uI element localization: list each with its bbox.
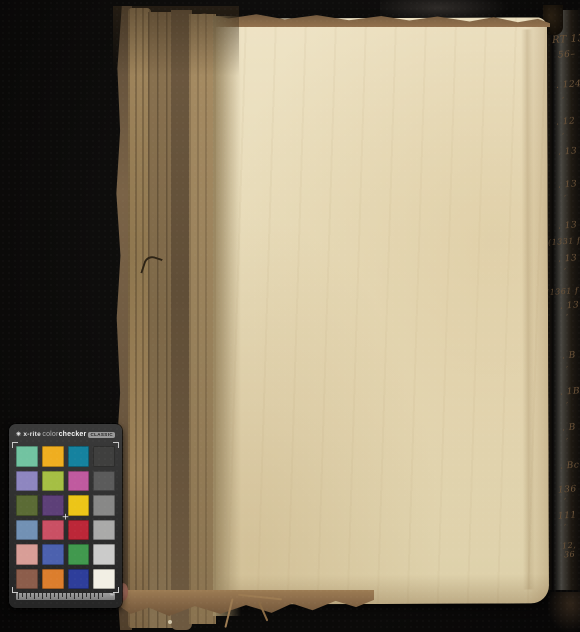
color-patch-orange-yellow: [42, 446, 64, 467]
handwriting-fragment: (1331 f: [548, 236, 580, 247]
color-patch-light-skin: [16, 544, 38, 565]
classic-badge: classic: [88, 432, 115, 438]
paper-fragment-dot: [168, 620, 172, 624]
xrite-brand-label: x-rite: [23, 431, 41, 438]
color-patch-blue-flower: [16, 471, 38, 492]
xrite-logo-icon: ✳: [16, 431, 21, 438]
color-patch-blue-sky: [16, 520, 38, 541]
color-patch-purplish-blue: [42, 544, 64, 565]
colorchecker-wordmark: color checker classic: [42, 431, 115, 438]
color-patch-moderate-red: [42, 520, 64, 541]
archival-photo-scene: RT 1356–. 124’. 12’. 13. 13’. 13(1331 f.…: [0, 0, 580, 632]
handwriting-fragment: . 12: [556, 116, 576, 127]
spine-layer: [213, 16, 241, 616]
binding-spine: [113, 6, 239, 630]
handwriting-fragment: . 13: [560, 300, 580, 311]
xrite-brand: ✳ x-rite: [16, 431, 41, 438]
colorchecker-patch-grid: +: [16, 446, 115, 589]
handwriting-fragment: 36: [564, 550, 576, 560]
color-patch-neutral-5: [93, 495, 115, 516]
handwriting-fragment: . 1B: [560, 386, 580, 397]
handwriting-fragment: ’: [564, 497, 567, 505]
handwriting-fragment: . 13: [558, 146, 578, 157]
color-patch-neutral-8: [93, 544, 115, 565]
bottom-right-shadow: [548, 592, 580, 632]
spine-shadow: [113, 6, 239, 76]
handwriting-fragment: ’: [566, 365, 569, 373]
color-patch-black: [93, 446, 115, 467]
crop-bracket-icon: [113, 587, 119, 593]
handwriting-fragment: ’: [566, 437, 569, 445]
color-patch-yellow: [68, 495, 90, 516]
handwriting-fragment: 136: [558, 484, 577, 495]
handwriting-fragment: (1361 f: [546, 286, 579, 297]
handwriting-fragment: . B: [562, 351, 577, 362]
colorchecker-header: ✳ x-rite color checker classic: [9, 424, 122, 443]
crop-bracket-icon: [12, 442, 18, 448]
wordmark-color: color: [42, 431, 58, 438]
color-patch-bluish-green: [16, 446, 38, 467]
handwriting-fragment: ’: [564, 267, 567, 275]
color-patch-foliage: [16, 495, 38, 516]
color-patch-orange: [42, 569, 64, 590]
color-patch-yellow-green: [42, 471, 64, 492]
color-patch-purple: [42, 495, 64, 516]
color-patch-magenta: [68, 471, 90, 492]
page-crease: [521, 29, 535, 589]
handwriting-fragment: . 13: [558, 220, 578, 231]
color-patch-green: [68, 544, 90, 565]
colorchecker-ruler: ™: [16, 593, 115, 600]
handwriting-fragment: . B: [562, 423, 577, 434]
handwriting-fragment: ’: [564, 523, 567, 531]
handwriting-fragment: 56–: [558, 49, 576, 60]
color-patch-white: [93, 569, 115, 590]
color-patch-blue: [68, 569, 90, 590]
handwriting-fragment: ’: [566, 401, 569, 409]
handwriting-fragment: ’: [562, 132, 565, 140]
spine-layer: [189, 14, 216, 624]
facing-page: RT 1356–. 124’. 12’. 13. 13’. 13(1331 f.…: [546, 10, 580, 590]
center-cross-marker: +: [62, 513, 70, 522]
trademark-label: ™: [109, 593, 114, 600]
wordmark-checker: checker: [59, 431, 87, 438]
color-patch-cyan: [68, 446, 90, 467]
crop-bracket-icon: [12, 587, 18, 593]
color-patch-neutral-6-5: [93, 520, 115, 541]
crop-bracket-icon: [113, 442, 119, 448]
color-patch-neutral-3-5: [93, 471, 115, 492]
color-patch-red: [68, 520, 90, 541]
color-patch-dark-skin: [16, 569, 38, 590]
handwriting-fragment: . 13: [558, 253, 578, 264]
handwriting-fragment: ’: [566, 313, 569, 321]
handwriting-fragment: ’: [562, 96, 565, 104]
colorchecker-card: ✳ x-rite color checker classic + ™: [9, 424, 122, 608]
handwriting-fragment: . Bc: [560, 460, 580, 471]
handwriting-fragment: . 124: [556, 79, 580, 91]
handwriting-fragment: 111: [558, 510, 577, 521]
handwriting-fragment: ’: [564, 194, 567, 202]
handwriting-fragment: . 13: [558, 179, 578, 190]
